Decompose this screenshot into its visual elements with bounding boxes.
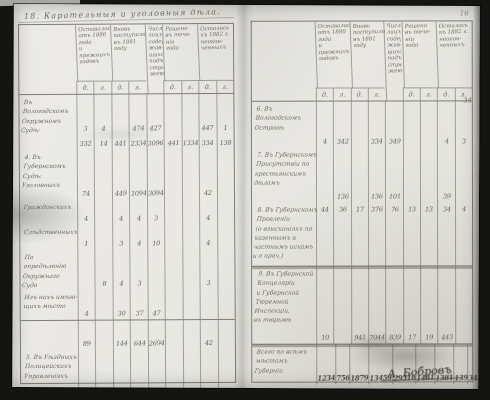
cell-value: 3096 [148,139,164,148]
cell-value: 334 [202,139,214,147]
cell-value: 342 [336,137,348,145]
table-cell: 34 [437,202,454,265]
table-cell [94,200,112,225]
table-row: 4. Въ Губернскомъ Судѣ: Уголовныхъ744491… [20,149,234,200]
subcolumn-mark: д. [350,87,367,100]
table-cell: 36 [333,203,350,266]
table-cell [164,94,182,134]
table-cell [182,199,200,224]
table-cell: 1879 [350,344,369,384]
table-cell [403,147,420,202]
table-cell: 376 [368,202,385,265]
table-cell: 76 [385,202,402,265]
table-cell [182,320,200,349]
cell-value: 13 [425,205,433,213]
cell-value: 4 [323,138,327,146]
row-label: 8. Въ Губернскомъ Правленіи (о взысканія… [249,203,320,266]
table-row: 33214441233430964411334334138 [20,134,234,150]
table-cell: 44 [316,203,333,266]
table-cell: 3096 [146,134,164,149]
table-row: 8. Въ Губернскомъ Правленіи (о взысканія… [252,202,472,266]
table-cell: 47 [200,349,218,389]
table-cell: 101 [385,147,402,202]
row-label: Всего по всѣмъ мѣстамъ Губерніи [250,345,318,385]
table-cell: 474 [129,94,147,134]
row-label: 4. Въ Губернскомъ Судѣ: Уголовныхъ [17,150,79,200]
table-cell [181,149,199,199]
table-cell [200,289,218,319]
cell-value: 3 [462,137,466,145]
cell-value: 101 [388,192,400,200]
row-label [19,135,77,150]
table-row: По опредѣленію Окружнаго Суда8433 [20,249,234,290]
table-cell [217,249,235,289]
cell-value: 36 [338,205,346,213]
cell-value: 47 [153,310,161,318]
table-cell: 1 [77,225,95,250]
table-cell: 1094 [129,150,147,200]
table-row: Слѣдственныхъ134104 [20,224,234,250]
cell-value: 839 [389,333,401,341]
table-cell [217,289,235,319]
subcolumn-mark: д. [402,87,419,100]
table-cell: 4 [112,250,130,290]
table-cell: 14 [94,135,112,150]
cell-value: 1879 [350,373,368,383]
cell-value: 4 [206,239,210,247]
table-cell: 3 [147,199,165,224]
table-cell: 8 [217,349,235,389]
table-cell: 3 [454,101,471,147]
table-body: 6. Въ Вологодскомъ Острогѣ4342334349437.… [252,101,472,384]
table-cell: 17 [351,202,368,265]
cell-value: 941 [354,333,366,341]
table-cell: 3 [76,95,94,135]
table-cell [182,289,200,319]
table-cell: 4 [129,200,147,225]
cell-value: 17 [356,205,364,213]
table-cell: 138 [216,134,234,149]
cell-value: 332 [80,140,92,148]
table-cell [455,266,472,343]
table-cell: 8 [95,350,113,389]
table-cell: 19 [420,266,437,343]
row-label: Слѣдственныхъ [19,225,78,250]
table-cell: 4 [316,102,333,148]
table-cell: 1334 [181,134,199,149]
table-cell [216,149,234,199]
left-page: 18. Карательныя и уголовныя дѣла. Остава… [18,7,236,386]
column-group-header: Вновь поступило въ 1881 году [349,21,386,88]
page-title: 18. Карательныя и уголовныя дѣла. [18,5,234,23]
cell-value: 7044 [369,333,385,342]
cell-value: 4 [119,215,123,223]
cell-value: 474 [132,124,144,132]
table-cell: 4 [129,225,147,250]
table-cell: 3 [199,249,217,289]
table-cell [182,224,200,249]
cell-value: 4 [119,280,123,288]
table-cell [455,147,472,202]
table-cell: 1 [216,94,234,134]
table-cell: 441 [164,134,182,149]
table-body: Въ Вологодскомъ Окружномъ Судѣ:344744274… [19,94,235,389]
subcolumn-mark: д. [316,88,333,101]
cell-value: 376 [371,205,383,213]
table-cell [95,321,113,350]
table-cell [181,94,199,134]
table-cell: 8 [95,250,113,290]
paper-right-edge-shadow [471,6,480,389]
table-cell: 13 [420,202,437,265]
table-cell: 42 [200,320,218,349]
table-cell [95,290,113,320]
cell-value: 427 [150,124,162,132]
table-cell [183,349,201,389]
table-cell [147,249,165,289]
table-cell [402,101,419,147]
cell-value: 4 [85,310,89,318]
cell-value: 1234 [317,373,335,383]
table-cell: 96 [130,350,148,389]
cell-value: 756 [336,373,350,382]
column-group-header: Оставалось отъ 1880 года и прежнихъ годо… [315,21,352,88]
table-row: 6. Въ Вологодскомъ Острогѣ434233434943 [252,101,472,147]
table-cell: 2694 [148,321,166,350]
cell-value: 4 [137,215,141,223]
subcolumn-mark: л. [129,80,147,93]
paper: 18. Карательныя и уголовныя дѣла. Остава… [12,4,480,389]
cell-value: 449 [115,189,127,197]
table-cell: 3 [112,225,130,250]
cell-value: 39 [442,192,450,200]
cell-value: 443 [441,333,453,341]
cell-value: 42 [205,339,213,347]
cell-value: 2694 [149,339,165,348]
table-cell: 4 [199,199,217,224]
table-cell [217,224,235,249]
table-cell: 427 [146,94,164,134]
column-group-header: Осталось къ 1882 г. неокон- ченныхъ [436,21,473,88]
table-cell [217,199,235,224]
row-label: Изъ нихъ имѣю- щихъ мѣсто [19,290,79,320]
header-label-spacer [252,22,316,101]
table-cell [350,101,367,147]
table-row: Въ Вологодскомъ Окружномъ Судѣ:344744274… [19,94,233,135]
table-cell: 4 [455,202,472,265]
table-cell: 3 [130,250,148,290]
cell-value: 4 [444,137,448,145]
cell-value: 349 [388,137,400,145]
cell-value: 4 [84,215,88,223]
table-cell: 332 [77,135,95,150]
table-cell: 839 [385,266,402,343]
table-cell: 2334 [129,135,147,150]
cell-value: 8 [102,280,106,288]
cell-value: 136 [336,192,348,200]
table-cell: 23 [78,350,96,389]
cell-value: 42 [204,189,212,197]
column-group-header: Число лицъ содер- жав- шихся подъ стра- … [384,21,404,101]
cell-value: 37 [135,310,143,318]
subcolumn-mark: л. [216,80,234,93]
cell-value: 3 [137,280,141,288]
table-cell [165,249,183,289]
table-cell: 4 [199,224,217,249]
table-cell [111,94,129,134]
subcolumn-mark: д. [437,87,454,100]
table-cell [217,320,235,349]
cell-value: 447 [202,124,214,132]
row-label: 6. Въ Вологодскомъ Острогѣ [249,102,318,148]
table-cell: 74 [77,150,95,200]
table-cell: 443 [437,266,454,343]
table-cell: 3094 [146,149,164,199]
table-cell: 4 [77,200,95,225]
cell-value: 138 [219,139,231,147]
table-cell: 644 [130,321,148,350]
cell-value: 2334 [130,139,146,148]
row-label: Въ Вологодскомъ Окружномъ Судѣ: [18,95,79,136]
row-label: 9. Въ Губернской Канцеляріи и Губернской… [248,267,320,344]
cell-value: 10 [321,333,329,341]
table-cell: 17 [403,266,420,343]
column-group-header: Вновь поступило въ 1881 году [110,24,147,81]
table-cell: 4 [112,200,130,225]
table-cell: 10 [147,224,165,249]
table-cell: 4 [78,290,96,320]
cell-value: 3 [119,240,123,248]
row-label: 5. Въ Уѣздныхъ Полицейскихъ Управленіяхъ [19,350,81,389]
cell-value: 13 [408,205,416,213]
cell-value: 74 [82,190,90,198]
cell-value: 10 [152,239,160,247]
table-cell [95,225,113,250]
cell-value: 644 [133,340,145,348]
subcolumn-mark: д. [198,80,216,93]
table-cell [182,249,200,289]
table-cell [164,224,182,249]
table-cell [420,147,437,202]
table-cell: 289 [148,350,166,389]
subcolumn-mark: л. [454,87,471,100]
table-cell [165,321,183,350]
table-row: 5. Въ Уѣздныхъ Полицейскихъ Управленіяхъ… [21,349,235,389]
cell-value: 4 [101,125,105,133]
cell-value: 14 [99,140,107,148]
cell-value: 1 [223,124,227,132]
table-cell: 42 [199,149,217,199]
table-cell: 136 [368,147,385,202]
row-label: Гражданскихъ [19,200,78,225]
subcolumn-mark: л. [420,87,437,100]
subcolumn-mark: д. [76,81,94,94]
cell-value: 136 [371,192,383,200]
cell-value: 19 [425,333,433,341]
subcolumn-mark: л. [368,87,385,100]
table-row: Гражданскихъ44434 [20,199,234,225]
table-cell: 37 [130,290,148,320]
table-cell: 7044 [368,266,385,343]
subcolumn-mark: л. [333,88,350,101]
row-label: 7. Въ Губернскомъ Присутствіи по крестья… [249,148,319,203]
table-cell [351,147,368,202]
subcolumn-mark: л. [181,80,199,93]
table-cell: 89 [78,321,96,350]
table-cell [77,250,95,290]
right-page: 16 34 Оставалось отъ 1880 года и прежних… [251,8,474,386]
table-cell: 334 [199,134,217,149]
table-cell: 447 [198,94,216,134]
table-cell [165,290,183,320]
column-group-header: Оставалось отъ 1880 года и прежнихъ годо… [75,24,112,81]
table-cell: 342 [333,102,350,148]
table-header: Оставалось отъ 1880 года и прежнихъ годо… [252,21,472,101]
table-cell: 334 [368,101,385,147]
cell-value: 1 [84,240,88,248]
subcolumn-mark: л. [94,81,112,94]
cell-value: 3094 [148,189,164,198]
row-label: По опредѣленію Окружнаго Суда [18,250,79,291]
table-cell: 349 [385,101,402,147]
table-cell: 47 [113,350,131,389]
table-row: 7. Въ Губернскомъ Присутствіи по крестья… [252,147,472,202]
cell-value: 4 [137,240,141,248]
table-cell: 47 [147,290,165,320]
cell-value: 17 [408,333,416,341]
table-cell: 39 [437,147,454,202]
cell-value: 76 [390,205,398,213]
cell-value: 1094 [130,189,146,198]
cell-value: 4 [206,214,210,222]
column-group-header: Решено въ тече- ніи года [401,21,438,88]
row-label [19,321,79,350]
cell-value: 3 [84,125,88,133]
cell-value: 3 [207,279,211,287]
scanned-ledger-photo: 18. Карательныя и уголовныя дѣла. Остава… [0,0,490,400]
table-cell: 4 [437,101,454,147]
cell-value: 144 [116,340,128,348]
cell-value: 1334 [183,139,199,148]
table-cell: 756 [335,345,349,385]
cell-value: 44 [321,205,329,213]
cell-value: 441 [115,139,127,147]
cell-value: 3 [154,214,158,222]
right-table: Оставалось отъ 1880 года и прежнихъ годо… [251,20,474,382]
page-number: 16 [460,9,469,17]
table-row: Изъ нихъ имѣю- щихъ мѣсто4303747 [21,289,235,320]
table-cell [165,350,183,389]
subcolumn-mark: д. [111,80,129,93]
table-cell: 136 [333,148,350,203]
table-cell: 941 [351,266,368,343]
table-cell [94,150,112,200]
table-cell: 449 [112,150,130,200]
subcolumn-mark: д. [164,80,182,93]
table-cell [164,199,182,224]
header-label-spacer [19,25,76,94]
cell-value: 89 [83,340,91,348]
column-group-header: Осталось къ 1882 г. неокон- ченныхъ [197,23,234,80]
cell-value: 334 [371,137,383,145]
table-cell: 30 [112,290,130,320]
table-cell: 13 [403,202,420,265]
table-header: Оставалось отъ 1880 года и прежнихъ годо… [19,24,233,95]
table-cell [420,101,437,147]
cell-value: 441 [167,139,179,147]
column-group-header: Решено въ тече- ніи года [162,23,199,80]
table-row: 9. Въ Губернской Канцеляріи и Губернской… [252,266,472,344]
left-table: Оставалось отъ 1880 года и прежнихъ годо… [18,23,236,384]
table-cell: 441 [111,135,129,150]
table-cell: 144 [113,321,131,350]
cell-value: 4 [462,205,466,213]
table-cell [333,267,350,344]
table-cell: 4 [94,95,112,135]
table-row: 89144644269442 [21,319,235,350]
cell-value: 30 [118,310,126,318]
cell-value: 34 [442,205,450,213]
table-cell [164,149,182,199]
table-cell [316,148,333,203]
table-cell: 1234 [316,345,335,385]
